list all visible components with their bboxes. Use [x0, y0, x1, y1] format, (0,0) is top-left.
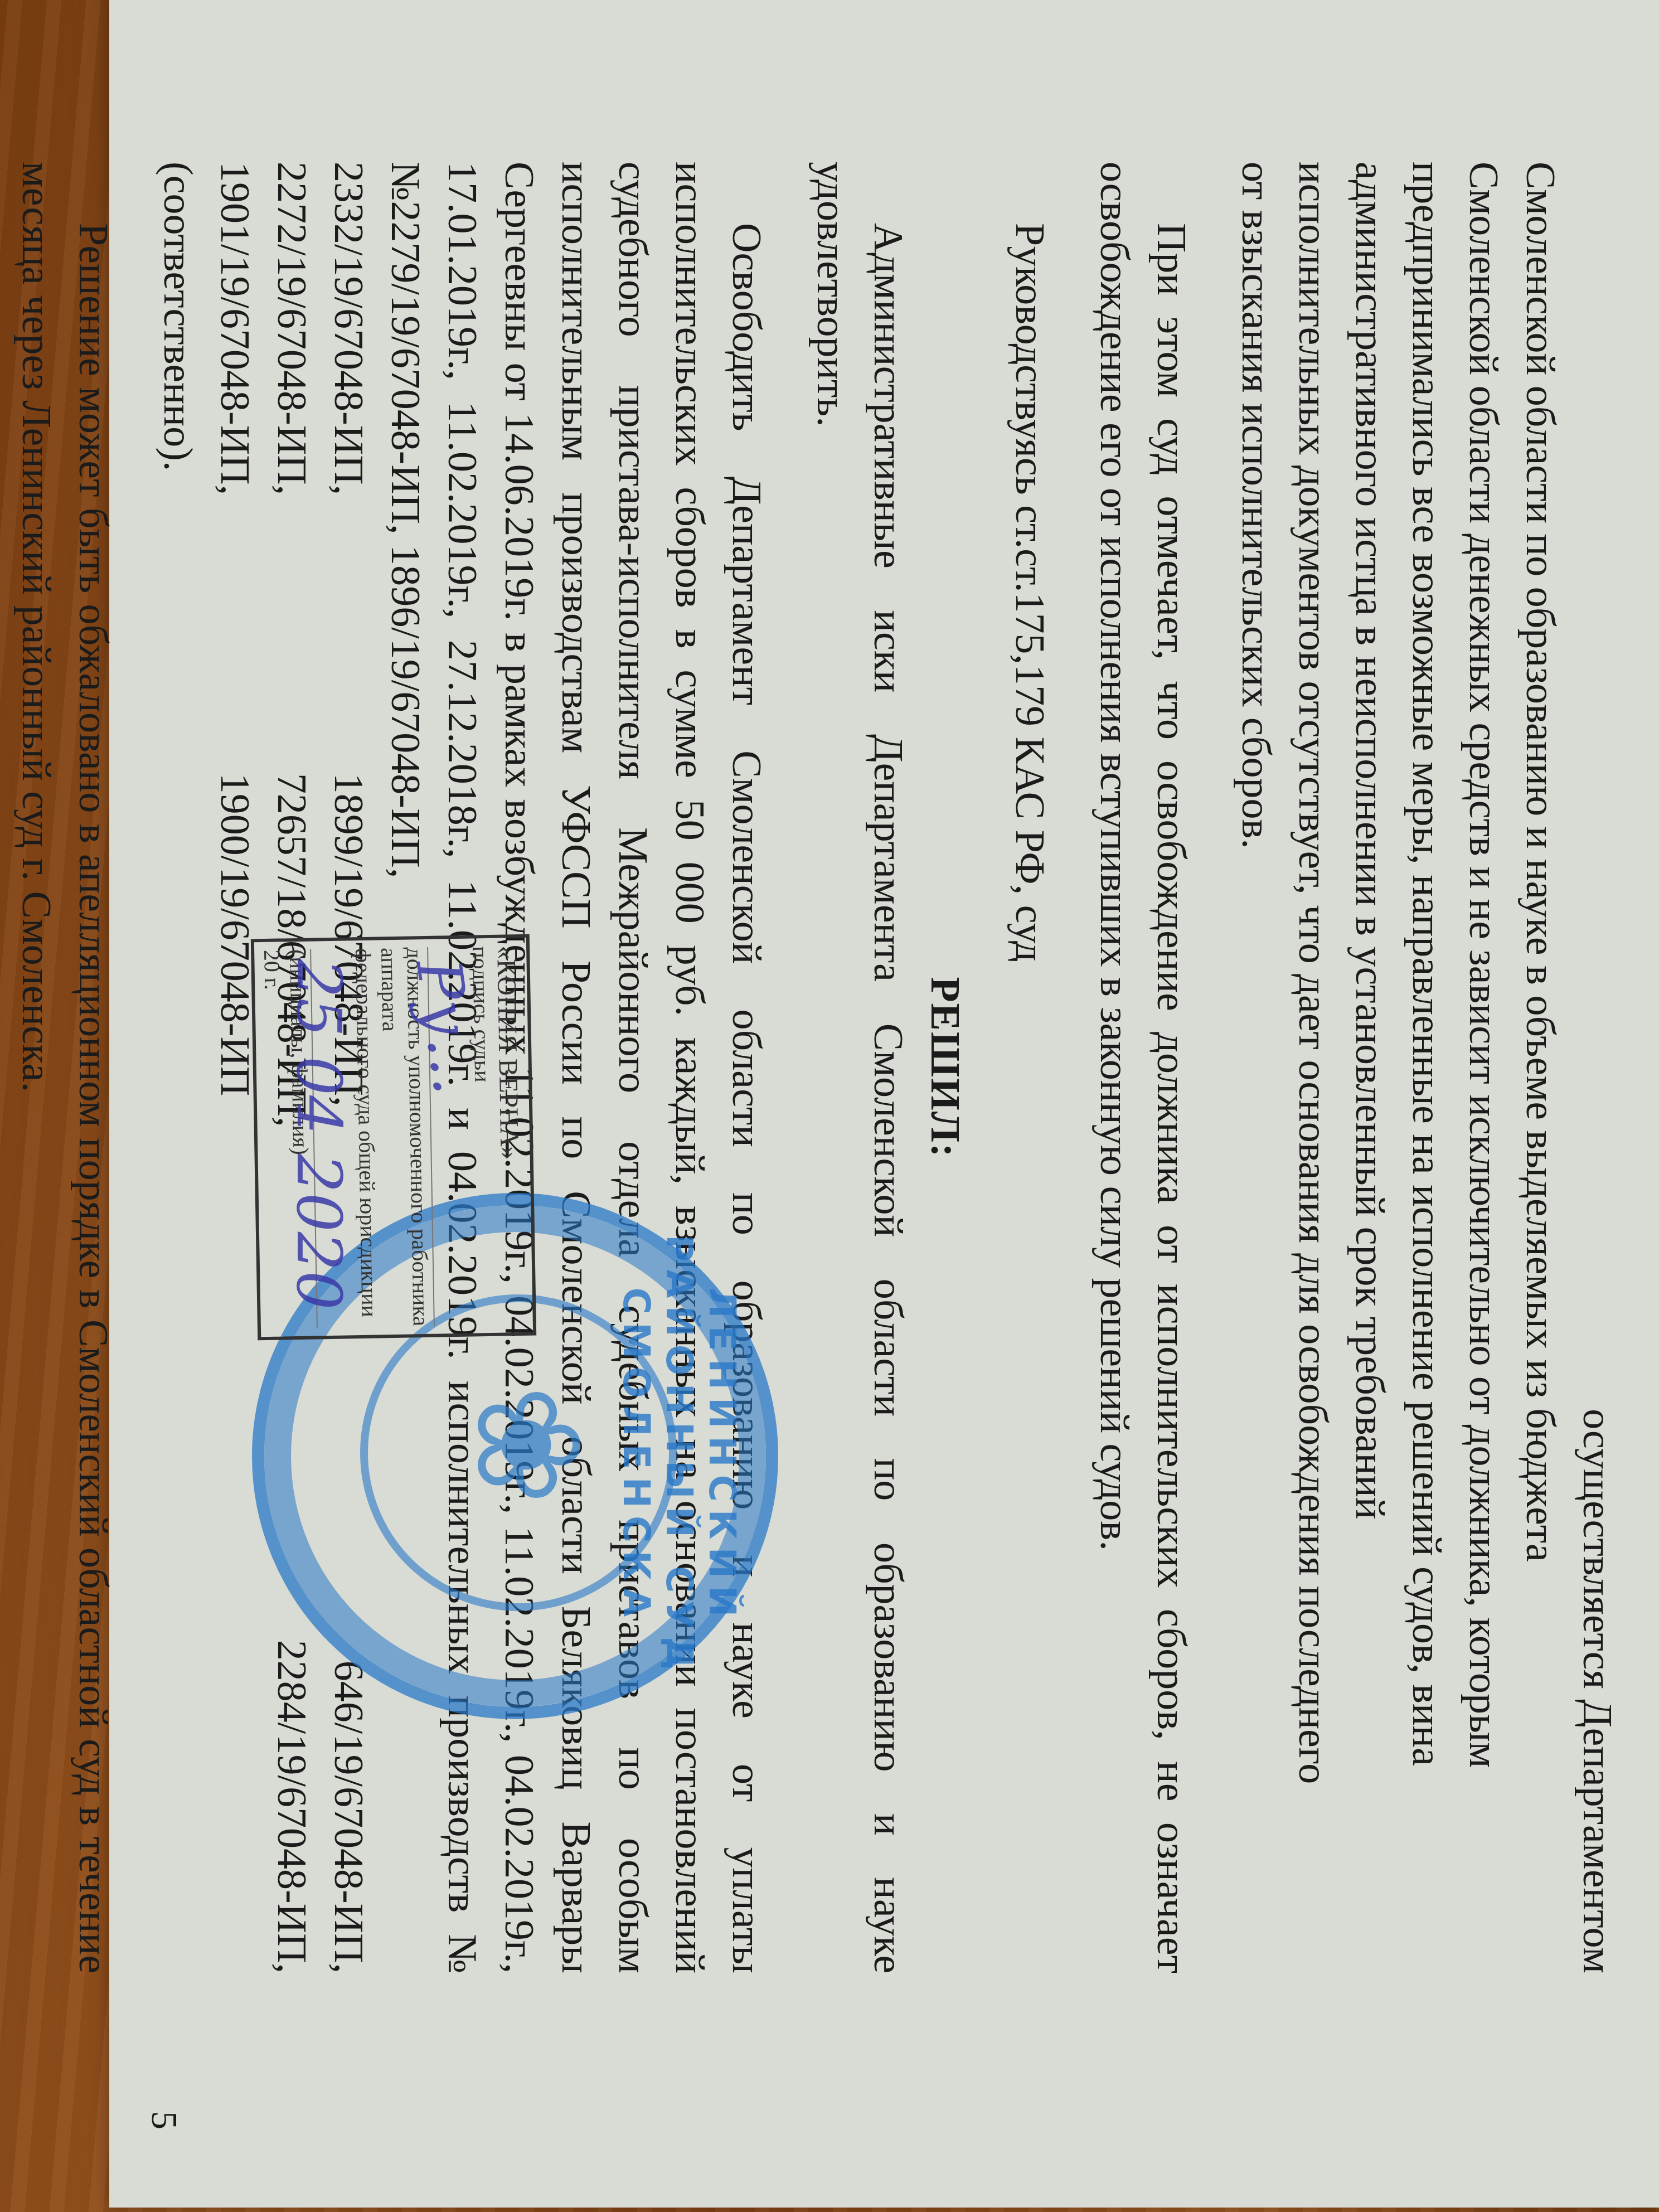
- decision-paragraph: Административные иски Департамента Смоле…: [803, 162, 916, 1973]
- partial-top-line: осуществляется Департаментом: [1569, 162, 1626, 1973]
- court-decision-page: осуществляется Департаментом Смоленской …: [109, 0, 1659, 2208]
- note-paragraph: При этом суд отмечает, что освобождение …: [1086, 162, 1200, 1973]
- proceeding-number: 2332/19/67048-ИП,: [320, 162, 377, 751]
- intro-line: предпринимались все возможные меры, напр…: [1398, 162, 1455, 1973]
- handwritten-date: 25 04 2020: [283, 959, 355, 1310]
- proceeding-number: 2272/19/67048-ИП,: [263, 162, 320, 751]
- guided-by-line: Руководствуясь ст.ст.175,179 КАС РФ, суд: [1001, 162, 1058, 1973]
- intro-line: административного истца в неисполнении в…: [1341, 162, 1398, 1973]
- intro-paragraph: Смоленской области по образованию и наук…: [1228, 162, 1569, 1973]
- appeal-paragraph: Решение может быть обжаловано в апелляци…: [8, 162, 122, 1973]
- decision-heading: РЕШИЛ:: [916, 162, 973, 1973]
- proceeding-number: 1901/19/67048-ИП,: [206, 162, 263, 751]
- intro-line: Смоленской области по образованию и наук…: [1512, 162, 1569, 1973]
- respectively-note: (соответственно).: [149, 162, 206, 1973]
- page-number: 5: [143, 2111, 185, 2129]
- intro-line: исполнительных документов отсутствует, ч…: [1284, 162, 1341, 1973]
- eagle-emblem-icon: ❀: [431, 1350, 621, 1540]
- intro-line: от взыскания исполнительских сборов.: [1228, 162, 1284, 1973]
- intro-line: Смоленской области денежных средств и не…: [1455, 162, 1512, 1973]
- page-body: осуществляется Департаментом Смоленской …: [0, 162, 1626, 1973]
